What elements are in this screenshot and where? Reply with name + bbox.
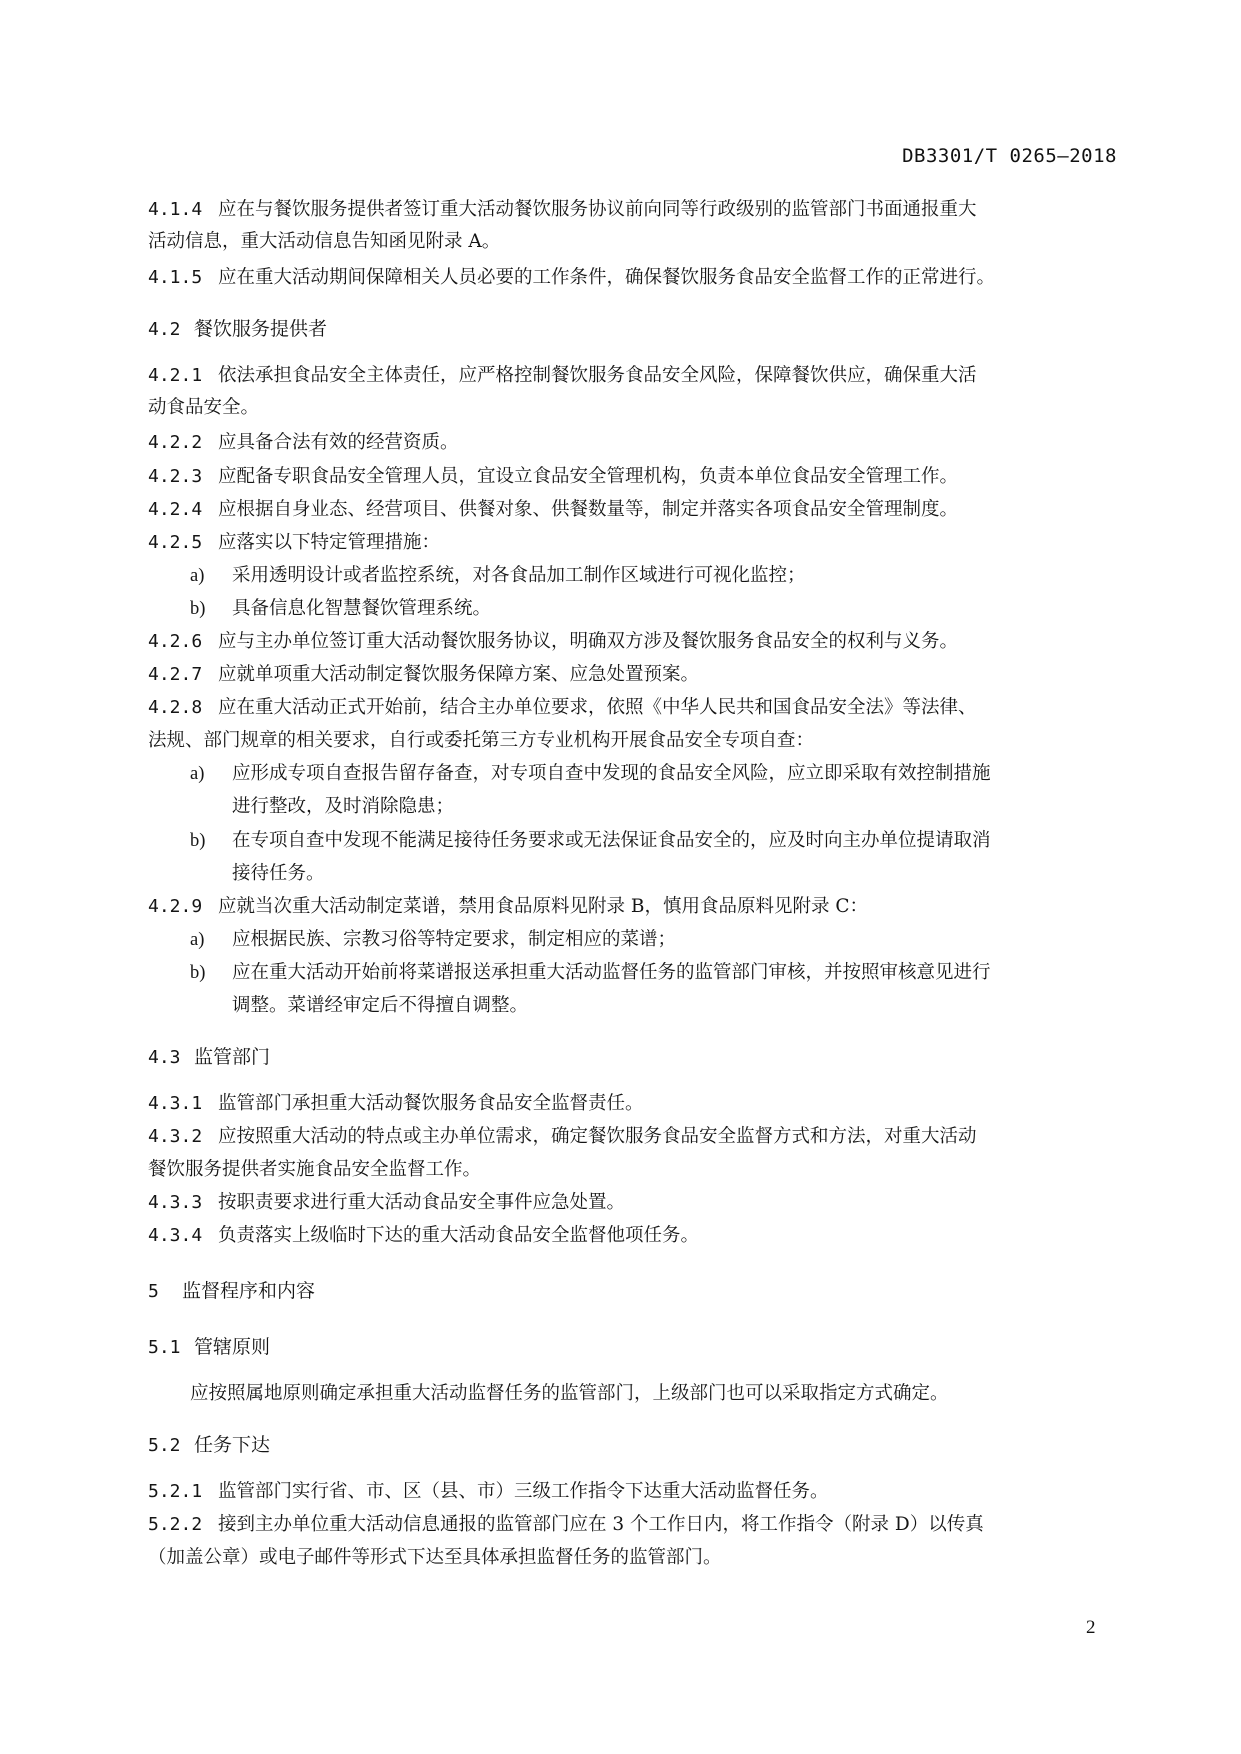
paragraph-text: 应按照属地原则确定承担重大活动监督任务的监管部门，上级部门也可以采取指定方式确定… [190, 1383, 949, 1404]
clause-number: 5.2.2 [148, 1512, 218, 1538]
clause-text: 法规、部门规章的相关要求，自行或委托第三方专业机构开展食品安全专项自查： [148, 730, 814, 751]
clause-text: 应具备合法有效的经营资质。 [218, 432, 459, 453]
list-item-4-2-9-b-cont: 调整。菜谱经审定后不得擅自调整。 [232, 993, 528, 1019]
clause-number: 4.2.7 [148, 662, 218, 688]
clause-number: 4.1.5 [148, 265, 218, 291]
clause-4-2-6: 4.2.6应与主办单位签订重大活动餐饮服务协议，明确双方涉及餐饮服务食品安全的权… [148, 629, 958, 655]
list-text: 具备信息化智慧餐饮管理系统。 [232, 598, 491, 619]
list-label: a) [190, 927, 232, 953]
section-heading-5-2: 5.2任务下达 [148, 1432, 270, 1459]
list-item-4-2-5-b: b)具备信息化智慧餐饮管理系统。 [190, 596, 491, 622]
section-title: 监管部门 [194, 1046, 270, 1068]
list-item-4-2-9-b: b)应在重大活动开始前将菜谱报送承担重大活动监督任务的监管部门审核，并按照审核意… [190, 960, 991, 986]
list-item-4-2-8-b-cont: 接待任务。 [232, 861, 325, 887]
list-label: b) [190, 960, 232, 986]
clause-5-2-1: 5.2.1监管部门实行省、市、区（县、市）三级工作指令下达重大活动监督任务。 [148, 1479, 829, 1505]
clause-4-2-1: 4.2.1依法承担食品安全主体责任，应严格控制餐饮服务食品安全风险，保障餐饮供应… [148, 363, 977, 389]
list-item-4-2-5-a: a)采用透明设计或者监控系统，对各食品加工制作区域进行可视化监控； [190, 563, 806, 589]
clause-4-3-1: 4.3.1监管部门承担重大活动餐饮服务食品安全监督责任。 [148, 1091, 644, 1117]
list-text: 在专项自查中发现不能满足接待任务要求或无法保证食品安全的，应及时向主办单位提请取… [232, 830, 991, 851]
clause-5-2-2: 5.2.2接到主办单位重大活动信息通报的监管部门应在 3 个工作日内，将工作指令… [148, 1512, 984, 1538]
clause-number: 4.2.9 [148, 894, 218, 920]
clause-text: 负责落实上级临时下达的重大活动食品安全监督他项任务。 [218, 1225, 699, 1246]
list-label: b) [190, 828, 232, 854]
clause-text: 应落实以下特定管理措施： [218, 532, 440, 553]
section-title: 餐饮服务提供者 [194, 318, 327, 340]
clause-text: 动食品安全。 [148, 397, 259, 418]
chapter-title: 监督程序和内容 [182, 1280, 315, 1302]
clause-4-2-3: 4.2.3应配备专职食品安全管理人员，宜设立食品安全管理机构，负责本单位食品安全… [148, 464, 958, 490]
clause-4-2-5: 4.2.5应落实以下特定管理措施： [148, 530, 440, 556]
clause-number: 4.2.6 [148, 629, 218, 655]
clause-number: 4.1.4 [148, 197, 218, 223]
list-label: a) [190, 563, 232, 589]
clause-4-2-4: 4.2.4应根据自身业态、经营项目、供餐对象、供餐数量等，制定并落实各项食品安全… [148, 497, 958, 523]
clause-text: 应按照重大活动的特点或主办单位需求，确定餐饮服务食品安全监督方式和方法，对重大活… [218, 1126, 977, 1147]
clause-text: 应在与餐饮服务提供者签订重大活动餐饮服务协议前向同等行政级别的监管部门书面通报重… [218, 199, 977, 220]
list-label: b) [190, 596, 232, 622]
clause-number: 4.3.4 [148, 1223, 218, 1249]
clause-number: 4.2.5 [148, 530, 218, 556]
clause-number: 5.2.1 [148, 1479, 218, 1505]
clause-4-2-9: 4.2.9应就当次重大活动制定菜谱，禁用食品原料见附录 B，慎用食品原料见附录 … [148, 894, 868, 920]
clause-text: 监管部门承担重大活动餐饮服务食品安全监督责任。 [218, 1093, 644, 1114]
clause-text: 按职责要求进行重大活动食品安全事件应急处置。 [218, 1192, 625, 1213]
clause-4-2-2: 4.2.2应具备合法有效的经营资质。 [148, 430, 459, 456]
section-heading-4-3: 4.3监管部门 [148, 1044, 270, 1071]
section-number: 5.2 [148, 1433, 194, 1459]
clause-number: 4.3.2 [148, 1124, 218, 1150]
clause-number: 4.2.4 [148, 497, 218, 523]
clause-4-2-1-cont: 动食品安全。 [148, 395, 259, 421]
list-item-4-2-8-a-cont: 进行整改，及时消除隐患； [232, 794, 454, 820]
clause-text: 应就单项重大活动制定餐饮服务保障方案、应急处置预案。 [218, 664, 699, 685]
clause-number: 4.2.8 [148, 695, 218, 721]
clause-4-3-2-cont: 餐饮服务提供者实施食品安全监督工作。 [148, 1157, 481, 1183]
section-heading-5-1: 5.1管辖原则 [148, 1334, 270, 1361]
clause-text: 餐饮服务提供者实施食品安全监督工作。 [148, 1159, 481, 1180]
list-text: 应根据民族、宗教习俗等特定要求，制定相应的菜谱； [232, 929, 676, 950]
clause-text: 应就当次重大活动制定菜谱，禁用食品原料见附录 B，慎用食品原料见附录 C： [218, 896, 868, 917]
clause-4-2-8-cont: 法规、部门规章的相关要求，自行或委托第三方专业机构开展食品安全专项自查： [148, 728, 814, 754]
clause-5-2-2-cont: （加盖公章）或电子邮件等形式下达至具体承担监督任务的监管部门。 [148, 1545, 722, 1571]
list-text: 应形成专项自查报告留存备查，对专项自查中发现的食品安全风险，应立即采取有效控制措… [232, 763, 991, 784]
list-text: 采用透明设计或者监控系统，对各食品加工制作区域进行可视化监控； [232, 565, 806, 586]
clause-text: 应与主办单位签订重大活动餐饮服务协议，明确双方涉及餐饮服务食品安全的权利与义务。 [218, 631, 958, 652]
clause-number: 4.2.1 [148, 363, 218, 389]
clause-number: 4.3.3 [148, 1190, 218, 1216]
section-heading-4-2: 4.2餐饮服务提供者 [148, 316, 327, 343]
list-text: 应在重大活动开始前将菜谱报送承担重大活动监督任务的监管部门审核，并按照审核意见进… [232, 962, 991, 983]
clause-text: （加盖公章）或电子邮件等形式下达至具体承担监督任务的监管部门。 [148, 1547, 722, 1568]
clause-number: 4.3.1 [148, 1091, 218, 1117]
list-text: 调整。菜谱经审定后不得擅自调整。 [232, 995, 528, 1016]
clause-4-3-3: 4.3.3按职责要求进行重大活动食品安全事件应急处置。 [148, 1190, 625, 1216]
clause-4-1-4-cont: 活动信息，重大活动信息告知函见附录 A。 [148, 229, 500, 255]
section-number: 4.2 [148, 317, 194, 343]
clause-4-1-5: 4.1.5应在重大活动期间保障相关人员必要的工作条件，确保餐饮服务食品安全监督工… [148, 265, 995, 291]
list-item-4-2-9-a: a)应根据民族、宗教习俗等特定要求，制定相应的菜谱； [190, 927, 676, 953]
clause-4-3-2: 4.3.2应按照重大活动的特点或主办单位需求，确定餐饮服务食品安全监督方式和方法… [148, 1124, 977, 1150]
clause-text: 活动信息，重大活动信息告知函见附录 A。 [148, 231, 500, 252]
clause-number: 4.2.2 [148, 430, 218, 456]
clause-text: 接到主办单位重大活动信息通报的监管部门应在 3 个工作日内，将工作指令（附录 D… [218, 1514, 984, 1535]
clause-text: 应配备专职食品安全管理人员，宜设立食品安全管理机构，负责本单位食品安全管理工作。 [218, 466, 958, 487]
list-label: a) [190, 761, 232, 787]
document-code: DB3301/T 0265—2018 [902, 145, 1117, 167]
document-page: DB3301/T 0265—2018 4.1.4应在与餐饮服务提供者签订重大活动… [0, 0, 1241, 1754]
clause-text: 应在重大活动期间保障相关人员必要的工作条件，确保餐饮服务食品安全监督工作的正常进… [218, 267, 995, 288]
clause-text: 监管部门实行省、市、区（县、市）三级工作指令下达重大活动监督任务。 [218, 1481, 829, 1502]
paragraph-5-1: 应按照属地原则确定承担重大活动监督任务的监管部门，上级部门也可以采取指定方式确定… [190, 1381, 949, 1407]
list-text: 接待任务。 [232, 863, 325, 884]
chapter-heading-5: 5监督程序和内容 [148, 1278, 315, 1305]
clause-number: 4.2.3 [148, 464, 218, 490]
clause-4-1-4: 4.1.4应在与餐饮服务提供者签订重大活动餐饮服务协议前向同等行政级别的监管部门… [148, 197, 977, 223]
page-number: 2 [1086, 1617, 1096, 1639]
list-item-4-2-8-b: b)在专项自查中发现不能满足接待任务要求或无法保证食品安全的，应及时向主办单位提… [190, 828, 991, 854]
clause-text: 应在重大活动正式开始前，结合主办单位要求，依照《中华人民共和国食品安全法》等法律… [218, 697, 977, 718]
section-number: 4.3 [148, 1045, 194, 1071]
section-title: 管辖原则 [194, 1336, 270, 1358]
clause-4-3-4: 4.3.4负责落实上级临时下达的重大活动食品安全监督他项任务。 [148, 1223, 699, 1249]
list-item-4-2-8-a: a)应形成专项自查报告留存备查，对专项自查中发现的食品安全风险，应立即采取有效控… [190, 761, 991, 787]
chapter-number: 5 [148, 1279, 182, 1305]
clause-4-2-7: 4.2.7应就单项重大活动制定餐饮服务保障方案、应急处置预案。 [148, 662, 699, 688]
clause-text: 依法承担食品安全主体责任，应严格控制餐饮服务食品安全风险，保障餐饮供应，确保重大… [218, 365, 977, 386]
section-number: 5.1 [148, 1335, 194, 1361]
clause-text: 应根据自身业态、经营项目、供餐对象、供餐数量等，制定并落实各项食品安全管理制度。 [218, 499, 958, 520]
list-text: 进行整改，及时消除隐患； [232, 796, 454, 817]
clause-4-2-8: 4.2.8应在重大活动正式开始前，结合主办单位要求，依照《中华人民共和国食品安全… [148, 695, 977, 721]
section-title: 任务下达 [194, 1434, 270, 1456]
